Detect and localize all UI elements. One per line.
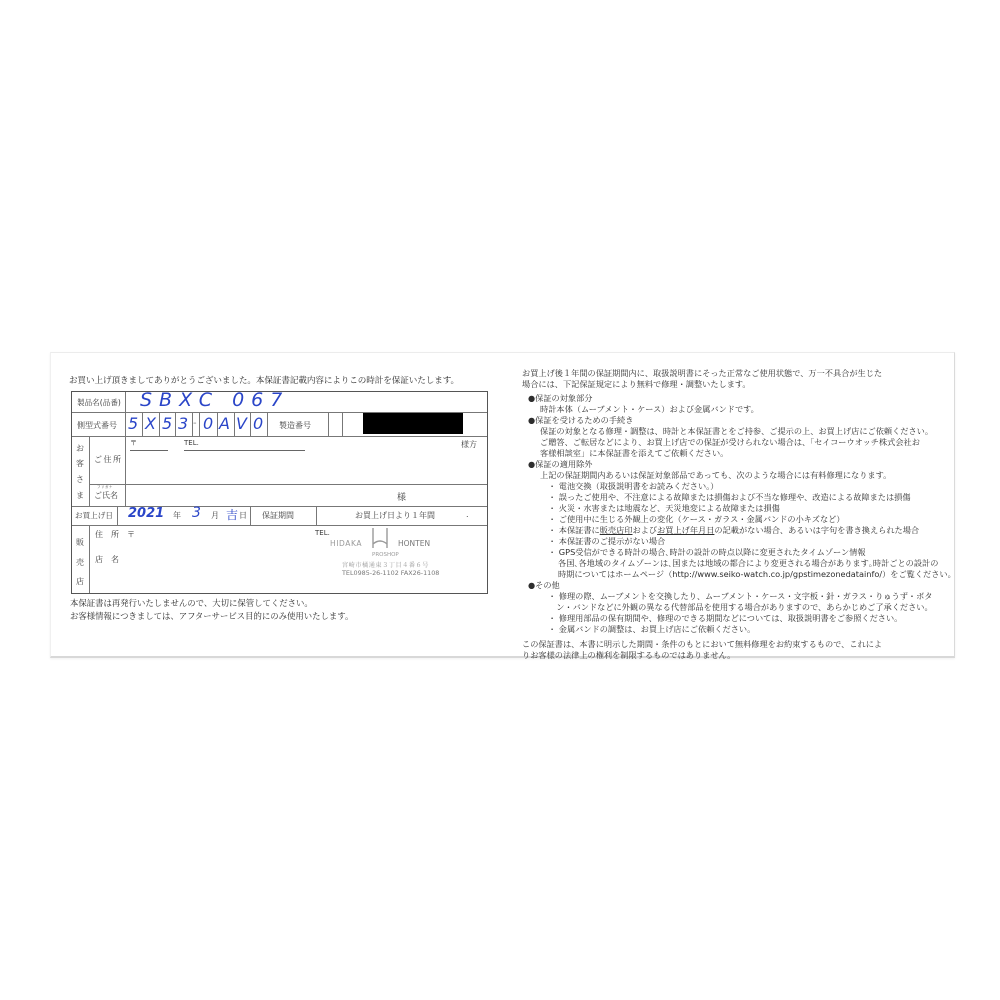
serial-number-redaction [363,413,463,434]
day-unit: 日 [239,510,247,521]
section-title-other: ●その他 [528,580,942,591]
stamp-proshop: PROSHOP [372,552,399,558]
stamp-address: 宮崎市橘通東３丁目４番６号 [342,560,429,569]
address-label: ご住所 [94,454,123,465]
gps-note-1: 各国､各地域のタイムゾーンは､国または地域の都合により変更される場合があります｡… [558,558,942,569]
purchase-month: 3 [192,505,201,521]
name-label: ご氏名 [94,490,118,501]
case-model-label: 側型式番号 [77,420,117,431]
exclusion-item: ・ 電池交換（取扱説明書をお読みください。） [548,481,942,492]
closing-line-1: この保証書は、本書に明示した期間・条件のもとにおいて無料修理をお約束するもので、… [522,639,942,650]
footnote-no-reissue: 本保証書は再発行いたしませんので、大切に保管してください。 [70,597,313,609]
customer-label-sa: さ [76,474,84,485]
shop-name-label: 店 名 [95,554,119,565]
footnote-privacy: お客様情報につきましては、アフターサービス目的にのみ使用いたします。 [70,610,353,622]
year-unit: 年 [173,510,181,521]
case-model-char-6: 0 [203,414,213,433]
exclusion-item-stamp-date: ・ 本保証書に販売店印およびお買上げ年月日の記載がない場合、あるいは字句を書き換… [548,525,942,536]
shop-tel-label: TEL. [315,529,330,537]
terms-intro-2: 場合には、下記保証規定により無料で修理・調整いたします。 [522,379,942,390]
case-model-char-4: 3 [178,414,188,433]
gps-note-2: 時期についてはホームページ（http://www.seiko-watch.co.… [558,569,942,580]
purchase-date-label: お買上げ日 [75,510,113,521]
terms-intro-1: お買上げ後１年間の保証期間内に、取扱説明書にそった正常なご使用状態で、万一不具合… [522,368,942,379]
shop-label-han: 販 [76,537,84,548]
shop-address-label: 住 所 〒 [95,529,135,540]
stamp-hidaka: HIDAKA [330,539,362,548]
other-item: ・ 金属バンドの調整は、お買上げ店にご依頼ください。 [548,624,942,635]
case-model-char-7: A [219,414,230,433]
stamp-honten: HONTEN [398,539,430,548]
postal-mark: 〒 [130,438,137,448]
warranty-form-table: 製品名(品番) SBXC 067 側型式番号 5 X 5 3 - 0 A V 0… [71,391,488,594]
customer-label-kyaku: 客 [76,458,84,469]
shop-label-bai: 売 [76,557,84,568]
warranty-period-value: お買上げ日より１年間 [355,510,435,521]
other-item: ・ 修理用部品の保有期間や、修理のできる期間などについては、取扱説明書をご参照く… [548,613,942,624]
month-unit: 月 [211,510,219,521]
other-item: ン・バンドなどに外観の異なる代替部品を使用する場合がありますので、あらかじめご了… [548,602,942,613]
warranty-terms: お買上げ後１年間の保証期間内に、取扱説明書にそった正常なご使用状態で、万一不具合… [522,368,942,661]
exclusion-item: ・ ご使用中に生じる外観上の変化（ケース・ガラス・金属バンドの小キズなど） [548,514,942,525]
case-model-char-3: 5 [162,414,172,433]
case-model-char-8: V [236,414,247,433]
exclusion-item: ・ 本保証書のご提示がない場合 [548,536,942,547]
exclusion-item: ・ 誤ったご使用や、不注意による故障または損傷および不当な修理や、改造による故障… [548,492,942,503]
closing-line-2: りお客様の法律上の権利を制限するものではありません。 [522,650,942,661]
honorific-sama: 様 [397,490,406,503]
product-name-label: 製品名(品番) [77,397,121,408]
procedure-line-3: 客様相談室」に本保証書を添えてご依頼ください。 [540,448,942,459]
exclusions-lead: 上記の保証期間内あるいは保証対象部品であっても、次のような場合には有料修理になり… [540,470,942,481]
care-of-label: 様方 [461,439,477,450]
warranty-period-label: 保証期間 [262,510,294,521]
procedure-line-2: ご贈答、ご転居などにより、お買上げ店での保証が受けられない場合は、「セイコーウオ… [540,437,942,448]
customer-label-ma: ま [76,490,84,501]
case-model-char-1: 5 [128,414,138,433]
other-item: ・ 修理の際、ムーブメントを交換したり、ムーブメント・ケース・文字板・針・ガラス… [548,591,942,602]
case-model-dash: - [193,418,197,429]
case-model-char-9: 0 [253,414,263,433]
coverage-line: 時計本体（ムーブメント・ケース）および金属バンドです。 [540,404,942,415]
left-intro-text: お買い上げ頂きましてありがとうございました。本保証書記載内容によりこの時計を保証… [69,374,459,386]
purchase-day: 吉 [226,506,238,523]
section-title-coverage: ●保証の対象部分 [528,393,942,404]
shop-label-ten: 店 [76,576,84,587]
section-title-procedure: ●保証を受けるための手続き [528,415,942,426]
purchase-year: 2021 [128,506,164,521]
customer-tel-label: TEL. [184,439,199,447]
exclusion-item-gps: ・ GPS受信ができる時計の場合､時計の設計の時点以降に変更されたタイムゾーン情… [548,547,942,558]
customer-label-o: お [76,443,84,454]
exclusion-item: ・ 火災・水害または地震など、天災地変による故障または損傷 [548,503,942,514]
stamp-phone: TEL0985-26-1102 FAX26-1108 [342,569,439,577]
case-model-char-2: X [145,414,156,433]
product-name-value: SBXC 067 [140,389,289,411]
procedure-line-1: 保証の対象となる修理・調整は、時計と本保証書とをご持参、ご提示の上、お買上げ店に… [540,426,942,437]
section-title-exclusions: ●保証の適用除外 [528,459,942,470]
serial-number-label: 製造番号 [279,420,311,431]
shop-logo-icon [371,528,389,550]
